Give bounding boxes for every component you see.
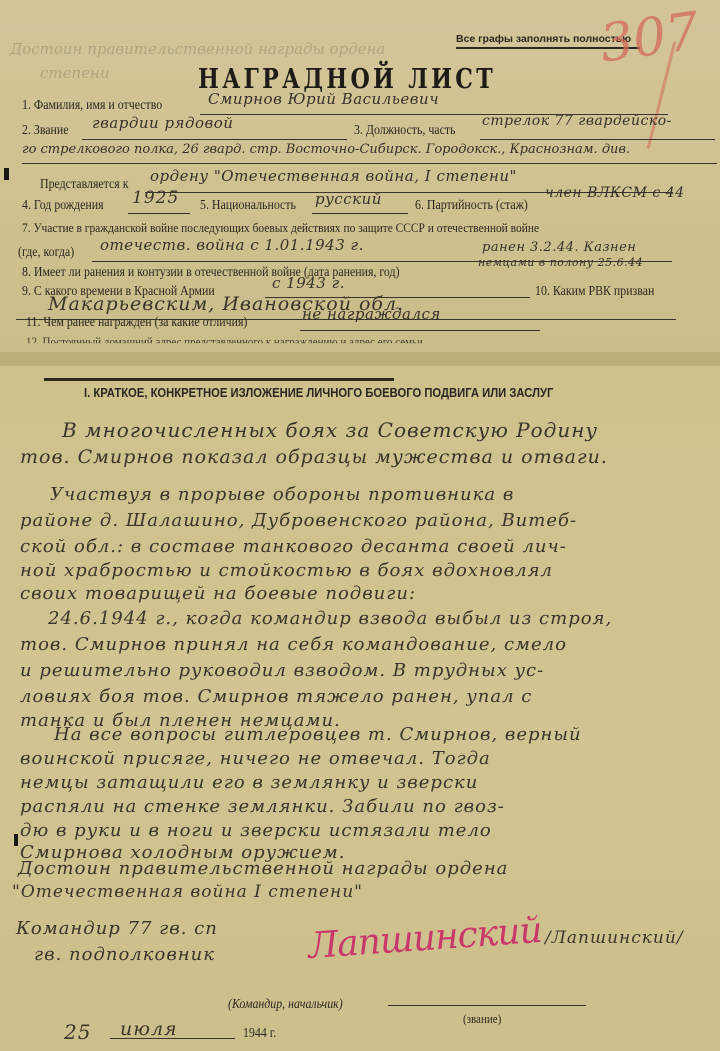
field-9-value: с 1943 г. bbox=[272, 274, 345, 292]
field-3-continuation-line bbox=[22, 163, 717, 164]
commander-rank: гв. подполковник bbox=[34, 944, 215, 965]
field-1-label: 1. Фамилия, имя и отчество bbox=[22, 97, 162, 113]
narrative-line: "Отечественная война I степени" bbox=[12, 882, 363, 902]
field-4-value: 1925 bbox=[132, 188, 179, 208]
field-7-where-when-label: (где, когда) bbox=[18, 244, 74, 260]
field-6-value: член ВЛКСМ с 44 bbox=[545, 185, 685, 201]
field-3-value-line2: го стрелкового полка, 26 гвард. стр. Вос… bbox=[22, 142, 630, 157]
field-1-value: Смирнов Юрий Васильевич bbox=[208, 90, 439, 108]
field-2-label: 2. Звание bbox=[22, 122, 69, 138]
field-11-label: 11. Чем ранее награжден (за какие отличи… bbox=[26, 314, 247, 330]
field-2-value: гвардии рядовой bbox=[92, 114, 233, 132]
bleed-through-text: степени bbox=[40, 64, 110, 82]
field-6-label: 6. Партийность (стаж) bbox=[415, 197, 528, 213]
narrative-line: ловиях боя тов. Смирнов тяжело ранен, уп… bbox=[20, 686, 532, 707]
field-8-value-line1: ранен 3.2.44. Казнен bbox=[482, 240, 636, 255]
narrative-line: распяли на стенке землянки. Забили по гв… bbox=[20, 796, 505, 817]
narrative-line: немцы затащили его в землянку и зверски bbox=[20, 772, 478, 793]
narrative-line: тов. Смирнов принял на себя командование… bbox=[20, 634, 567, 655]
narrative-line: ской обл.: в составе танкового десанта с… bbox=[20, 536, 567, 557]
field-5-value: русский bbox=[315, 190, 382, 208]
narrative-line: своих товарищей на боевые подвиги: bbox=[20, 583, 416, 604]
date-day: 25 bbox=[64, 1020, 91, 1044]
commander-signature-line bbox=[388, 1005, 586, 1006]
narrative-line: 24.6.1944 г., когда командир взвода выбы… bbox=[48, 608, 612, 629]
field-11-line bbox=[300, 330, 540, 331]
narrative-line: районе д. Шалашино, Дубровенского района… bbox=[20, 510, 577, 531]
narrative-line: На все вопросы гитлеровцев т. Смирнов, в… bbox=[54, 724, 582, 745]
margin-mark bbox=[4, 168, 9, 180]
field-10-label: 10. Каким РВК призван bbox=[535, 283, 654, 299]
date-year: 1944 г. bbox=[243, 1025, 276, 1041]
field-8-value-line2: немцами в полону 25.6.44 bbox=[478, 256, 643, 269]
bleed-through-text: Достоин правительственной награды ордена bbox=[10, 40, 385, 58]
field-7-label: 7. Участие в гражданской войне последующ… bbox=[22, 220, 539, 236]
field-11-value: не награждался bbox=[302, 305, 441, 323]
rank-caption: (звание) bbox=[463, 1012, 501, 1027]
commander-position: Командир 77 гв. сп bbox=[16, 918, 218, 939]
field-3-label: 3. Должность, часть bbox=[354, 122, 455, 138]
narrative-line: дю в руки и в ноги и зверски истязали те… bbox=[20, 820, 492, 841]
narrative-line: и решительно руководил взводом. В трудны… bbox=[20, 660, 544, 681]
presented-for-value: ордену "Отечественная война, I степени" bbox=[150, 167, 517, 185]
field-4-label: 4. Год рождения bbox=[22, 197, 104, 213]
narrative-line: воинской присяге, ничего не отвечал. Тог… bbox=[20, 748, 491, 769]
field-7-value: отечеств. война с 1.01.1943 г. bbox=[100, 236, 364, 254]
field-3-value-line1: стрелок 77 гвардейско- bbox=[482, 113, 672, 129]
field-3-line bbox=[480, 139, 715, 140]
date-month: июля bbox=[120, 1018, 178, 1040]
section-divider-rule bbox=[44, 378, 394, 381]
narrative-line: Участвуя в прорыве обороны противника в bbox=[50, 484, 514, 505]
commander-caption: (Командир, начальчик) bbox=[228, 996, 343, 1012]
narrative-line: тов. Смирнов показал образцы мужества и … bbox=[20, 446, 608, 468]
scan-seam bbox=[0, 352, 720, 366]
margin-mark bbox=[14, 834, 18, 846]
commander-name: /Лапшинский/ bbox=[545, 928, 684, 948]
field-2-line bbox=[82, 139, 347, 140]
narrative-line: ной храбростью и стойкостью в боях вдохн… bbox=[20, 560, 553, 581]
narrative-line: В многочисленных боях за Советскую Родин… bbox=[62, 418, 598, 442]
presented-for-label: Представляется к bbox=[40, 176, 129, 192]
field-5-line bbox=[312, 213, 408, 214]
section-1-heading: I. КРАТКОЕ, КОНКРЕТНОЕ ИЗЛОЖЕНИЕ ЛИЧНОГО… bbox=[84, 386, 553, 400]
narrative-line: Достоин правительственной награды ордена bbox=[18, 858, 508, 879]
field-5-label: 5. Национальность bbox=[200, 197, 296, 213]
field-4-line bbox=[128, 213, 190, 214]
